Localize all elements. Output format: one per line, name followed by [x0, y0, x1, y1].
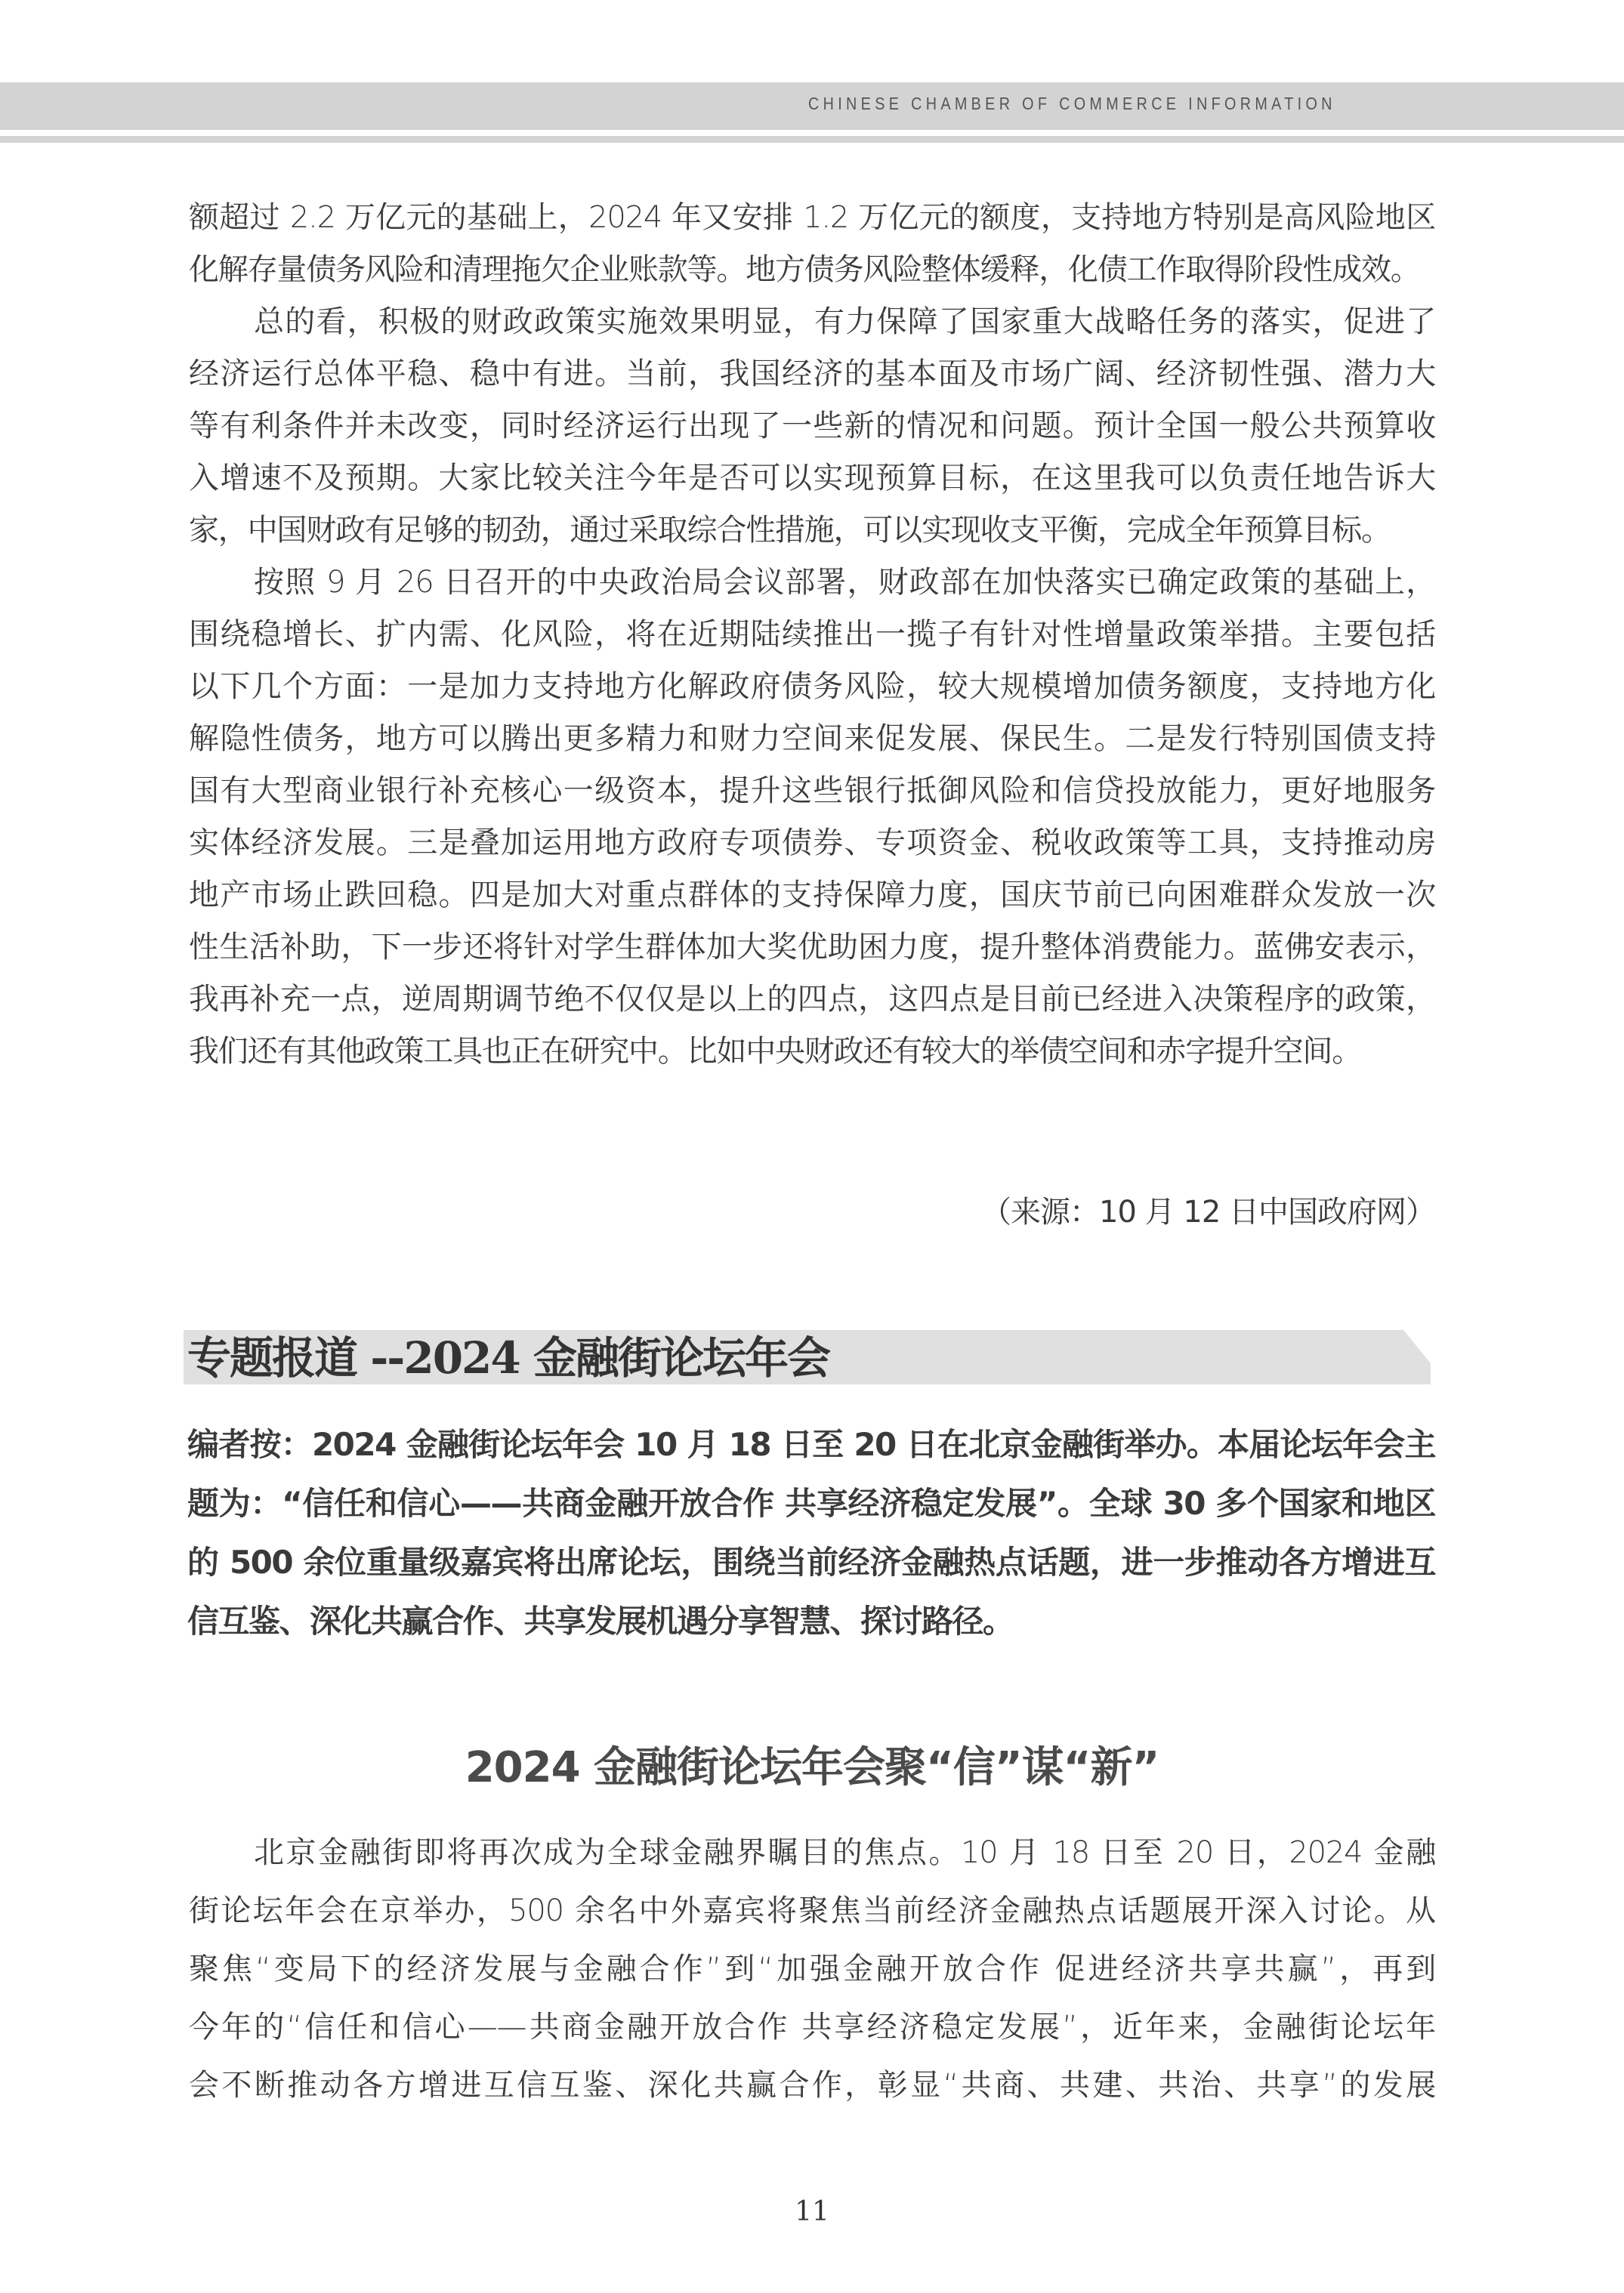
body-line: 会不断推动各方增进互信互鉴、深化共赢合作，彰显“共商、共建、共治、共享”的发展	[189, 2066, 1435, 2104]
body-line: 总的看，积极的财政政策实施效果明显，有力保障了国家重大战略任务的落实，促进了	[254, 303, 1435, 341]
body-line: 化解存量债务风险和清理拖欠企业账款等。地方债务风险整体缓释，化债工作取得阶段性成…	[189, 251, 1435, 289]
publication-name: CHINESE CHAMBER OF COMMERCE INFORMATION	[808, 94, 1336, 114]
body-line: 性生活补助，下一步还将针对学生群体加大奖优助困力度，提升整体消费能力。蓝佛安表示…	[189, 928, 1435, 966]
editor-note-line: 题为：“信任和信心——共商金融开放合作 共享经济稳定发展”。全球 30 多个国家…	[187, 1484, 1435, 1523]
body-line: 等有利条件并未改变，同时经济运行出现了一些新的情况和问题。预计全国一般公共预算收	[189, 407, 1435, 445]
body-line: 按照 9 月 26 日召开的中央政治局会议部署，财政部在加快落实已确定政策的基础…	[254, 563, 1435, 601]
editor-note-line: 信互鉴、深化共赢合作、共享发展机遇分享智慧、探讨路径。	[187, 1602, 1435, 1641]
body-line: 解隐性债务，地方可以腾出更多精力和财力空间来促发展、保民生。二是发行特别国债支持	[189, 720, 1435, 758]
section-heading: 专题报道 --2024 金融街论坛年会	[187, 1331, 829, 1385]
body-line: 家，中国财政有足够的韧劲，通过采取综合性措施，可以实现收支平衡，完成全年预算目标…	[189, 511, 1435, 549]
article-title: 2024 金融街论坛年会聚“信”谋“新”	[0, 1742, 1624, 1795]
body-line: 以下几个方面：一是加力支持地方化解政府债务风险，较大规模增加债务额度，支持地方化	[189, 668, 1435, 705]
body-line: 实体经济发展。三是叠加运用地方政府专项债券、专项资金、税收政策等工具，支持推动房	[189, 824, 1435, 862]
running-header-rule	[0, 136, 1624, 143]
editor-note-line: 编者按：2024 金融街论坛年会 10 月 18 日至 20 日在北京金融街举办…	[187, 1425, 1435, 1464]
body-line: 国有大型商业银行补充核心一级资本，提升这些银行抵御风险和信贷投放能力，更好地服务	[189, 772, 1435, 810]
body-line: 聚焦“变局下的经济发展与金融合作”到“加强金融开放合作 促进经济共享共赢”，再到	[189, 1950, 1435, 1988]
body-line: 额超过 2.2 万亿元的基础上，2024 年又安排 1.2 万亿元的额度，支持地…	[189, 199, 1435, 236]
body-line: 围绕稳增长、扩内需、化风险，将在近期陆续推出一揽子有针对性增量政策举措。主要包括	[189, 616, 1435, 653]
body-line: 今年的“信任和信心——共商金融开放合作 共享经济稳定发展”，近年来，金融街论坛年	[189, 2008, 1435, 2046]
body-line: 我们还有其他政策工具也正在研究中。比如中央财政还有较大的举债空间和赤字提升空间。	[189, 1032, 1435, 1070]
body-line: 街论坛年会在京举办，500 余名中外嘉宾将聚焦当前经济金融热点话题展开深入讨论。…	[189, 1892, 1435, 1930]
editor-note-line: 的 500 余位重量级嘉宾将出席论坛，围绕当前经济金融热点话题，进一步推动各方增…	[187, 1543, 1435, 1582]
page-number: 11	[0, 2196, 1624, 2227]
body-line: 我再补充一点，逆周期调节绝不仅仅是以上的四点，这四点是目前已经进入决策程序的政策…	[189, 980, 1435, 1018]
body-line: 入增速不及预期。大家比较关注今年是否可以实现预算目标，在这里我可以负责任地告诉大	[189, 459, 1435, 497]
body-line: 经济运行总体平稳、稳中有进。当前，我国经济的基本面及市场广阔、经济韧性强、潜力大	[189, 355, 1435, 393]
body-line: 北京金融街即将再次成为全球金融界瞩目的焦点。10 月 18 日至 20 日，20…	[254, 1834, 1435, 1872]
body-line: 地产市场止跌回稳。四是加大对重点群体的支持保障力度，国庆节前已向困难群众发放一次	[189, 876, 1435, 914]
source-citation: （来源：10 月 12 日中国政府网）	[981, 1193, 1435, 1231]
